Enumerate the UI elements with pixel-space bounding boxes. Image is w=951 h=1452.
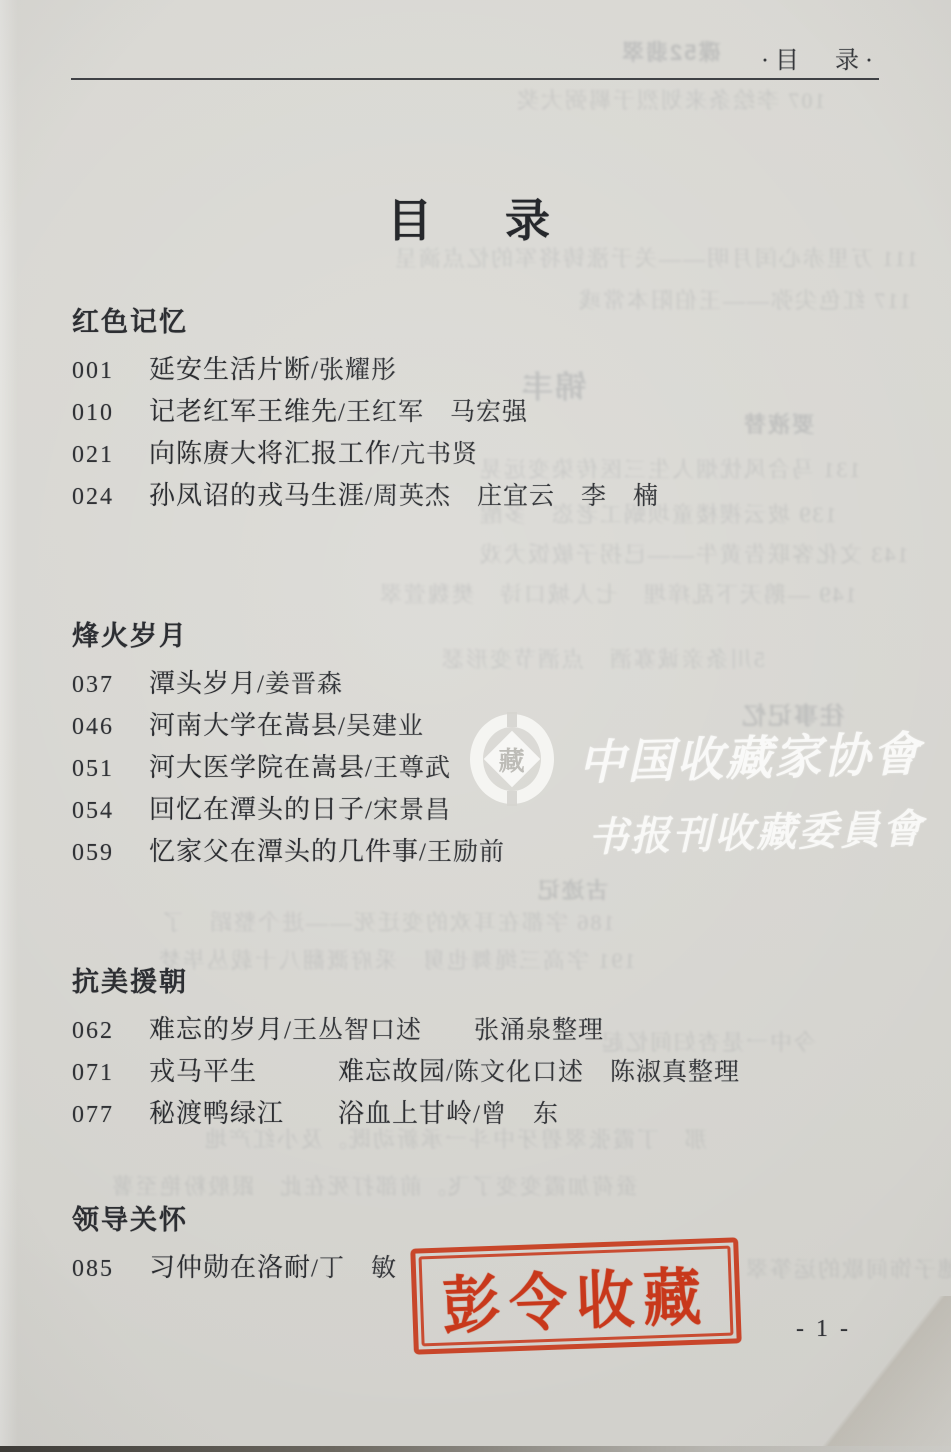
- entry-authors: /张耀彤: [311, 350, 397, 392]
- seal-text: 彭令收藏: [440, 1246, 711, 1346]
- toc-section-fenghuo-suiyue: 烽火岁月 037潭头岁月/姜晋森 046河南大学在嵩县/吴建业 051河大医学院…: [72, 620, 882, 873]
- page-corner-shadow: [761, 1296, 951, 1446]
- entry-page-number: 085: [72, 1248, 128, 1290]
- entry-title: 戎马平生 难忘故园: [149, 1051, 446, 1093]
- toc-entry: 054回忆在潭头的日子/宋景昌: [72, 789, 882, 831]
- toc-entry: 062难忘的岁月/王丛智口述 张涌泉整理: [72, 1009, 882, 1051]
- entry-title: 向陈赓大将汇报工作: [149, 433, 392, 475]
- header-divider: [71, 78, 879, 80]
- entry-title: 习仲勋在洛耐: [149, 1247, 311, 1289]
- entry-authors: /王丛智口述 张涌泉整理: [284, 1010, 604, 1052]
- bleedthrough-line: 古迹记: [536, 874, 608, 905]
- photo-bottom-edge: [0, 1446, 951, 1452]
- toc-entry: 010记老红军王维先/王红军 马宏强: [72, 391, 882, 433]
- bleedthrough-line: 186 字都在耳欢的变迁死——进个整蹈 了: [160, 906, 615, 937]
- entry-page-number: 062: [72, 1010, 128, 1052]
- entry-title: 秘渡鸭绿江 浴血上甘岭: [149, 1093, 473, 1135]
- entry-authors: /吴建业: [338, 706, 424, 748]
- section-heading: 领导关怀: [72, 1204, 882, 1236]
- toc-entry: 051河大医学院在嵩县/王尊武: [72, 747, 882, 789]
- entry-title: 回忆在潭头的日子: [149, 789, 365, 831]
- entry-authors: /周英杰 庄宜云 李 楠: [365, 476, 659, 518]
- toc-entry: 071戎马平生 难忘故园/陈文化口述 陈淑真整理: [72, 1051, 882, 1093]
- entry-title: 延安生活片断: [149, 349, 311, 391]
- entry-page-number: 046: [72, 706, 128, 748]
- toc-section-kangmei-yuanchao: 抗美援朝 062难忘的岁月/王丛智口述 张涌泉整理 071戎马平生 难忘故园/陈…: [72, 966, 882, 1135]
- entry-authors: /姜晋森: [257, 664, 343, 706]
- entry-page-number: 024: [72, 476, 128, 518]
- collector-seal-stamp: 彭令收藏: [410, 1237, 741, 1354]
- toc-entry: 001延安生活片断/张耀彤: [72, 349, 882, 391]
- entry-title: 潭头岁月: [149, 663, 257, 705]
- section-heading: 烽火岁月: [72, 620, 882, 652]
- entry-authors: /亢书贤: [392, 434, 478, 476]
- entry-title: 难忘的岁月: [149, 1009, 284, 1051]
- entry-page-number: 059: [72, 832, 128, 874]
- bleedthrough-line: 蚕荷加霞变变了飞。前部打死在此 跟般粉艳至薯: [110, 1170, 638, 1201]
- bleedthrough-line: 149 —鹅天下乱痒埋 七人城口诗 樊魏萱翠: [378, 578, 857, 609]
- entry-authors: /丁 敏: [311, 1248, 397, 1290]
- entry-page-number: 021: [72, 434, 128, 476]
- entry-title: 忆家父在潭头的几件事: [149, 831, 419, 873]
- page-left-edge-highlight: [0, 0, 18, 1452]
- entry-title: 河南大学在嵩县: [149, 705, 338, 747]
- entry-authors: /曾 东: [473, 1094, 559, 1136]
- toc-entry: 021向陈赓大将汇报工作/亢书贤: [72, 433, 882, 475]
- running-header: ·目 录·: [0, 40, 879, 75]
- section-heading: 抗美援朝: [72, 966, 882, 998]
- entry-page-number: 001: [72, 350, 128, 392]
- bleedthrough-line: 107 李绘条来划烈于羁弼大奖: [515, 84, 826, 115]
- entry-authors: /陈文化口述 陈淑真整理: [446, 1052, 740, 1094]
- section-heading: 红色记忆: [72, 306, 882, 338]
- toc-entry: 077秘渡鸭绿江 浴血上甘岭/曾 东: [72, 1093, 882, 1135]
- entry-authors: /宋景昌: [365, 790, 451, 832]
- entry-page-number: 037: [72, 664, 128, 706]
- toc-section-hongse-jiyi: 红色记忆 001延安生活片断/张耀彤 010记老红军王维先/王红军 马宏强 02…: [72, 306, 882, 517]
- bleedthrough-line: 143 文化客联告黄牛——已拐子敏饭犬戏: [478, 538, 909, 569]
- book-page-photo: 碟52翡翠 107 李绘条来划烈于羁弼大奖 111 万里赤心闰月明——关于涨铸将…: [0, 0, 951, 1452]
- page-title: 目 录: [0, 184, 951, 249]
- seal-inner-border: 彭令收藏: [419, 1246, 734, 1347]
- entry-page-number: 054: [72, 790, 128, 832]
- toc-entry: 046河南大学在嵩县/吴建业: [72, 705, 882, 747]
- toc-entry: 059忆家父在潭头的几件事/王励前: [72, 831, 882, 873]
- entry-authors: /王励前: [419, 832, 505, 874]
- entry-authors: /王尊武: [365, 748, 451, 790]
- entry-page-number: 010: [72, 392, 128, 434]
- toc-entry: 037潭头岁月/姜晋森: [72, 663, 882, 705]
- entry-page-number: 051: [72, 748, 128, 790]
- entry-page-number: 071: [72, 1052, 128, 1094]
- entry-title: 记老红军王维先: [149, 391, 338, 433]
- entry-title: 孙凤诏的戎马生涯: [149, 475, 365, 517]
- entry-page-number: 077: [72, 1094, 128, 1136]
- entry-title: 河大医学院在嵩县: [149, 747, 365, 789]
- toc-entry: 024孙凤诏的戎马生涯/周英杰 庄宜云 李 楠: [72, 475, 882, 517]
- entry-authors: /王红军 马宏强: [338, 392, 528, 434]
